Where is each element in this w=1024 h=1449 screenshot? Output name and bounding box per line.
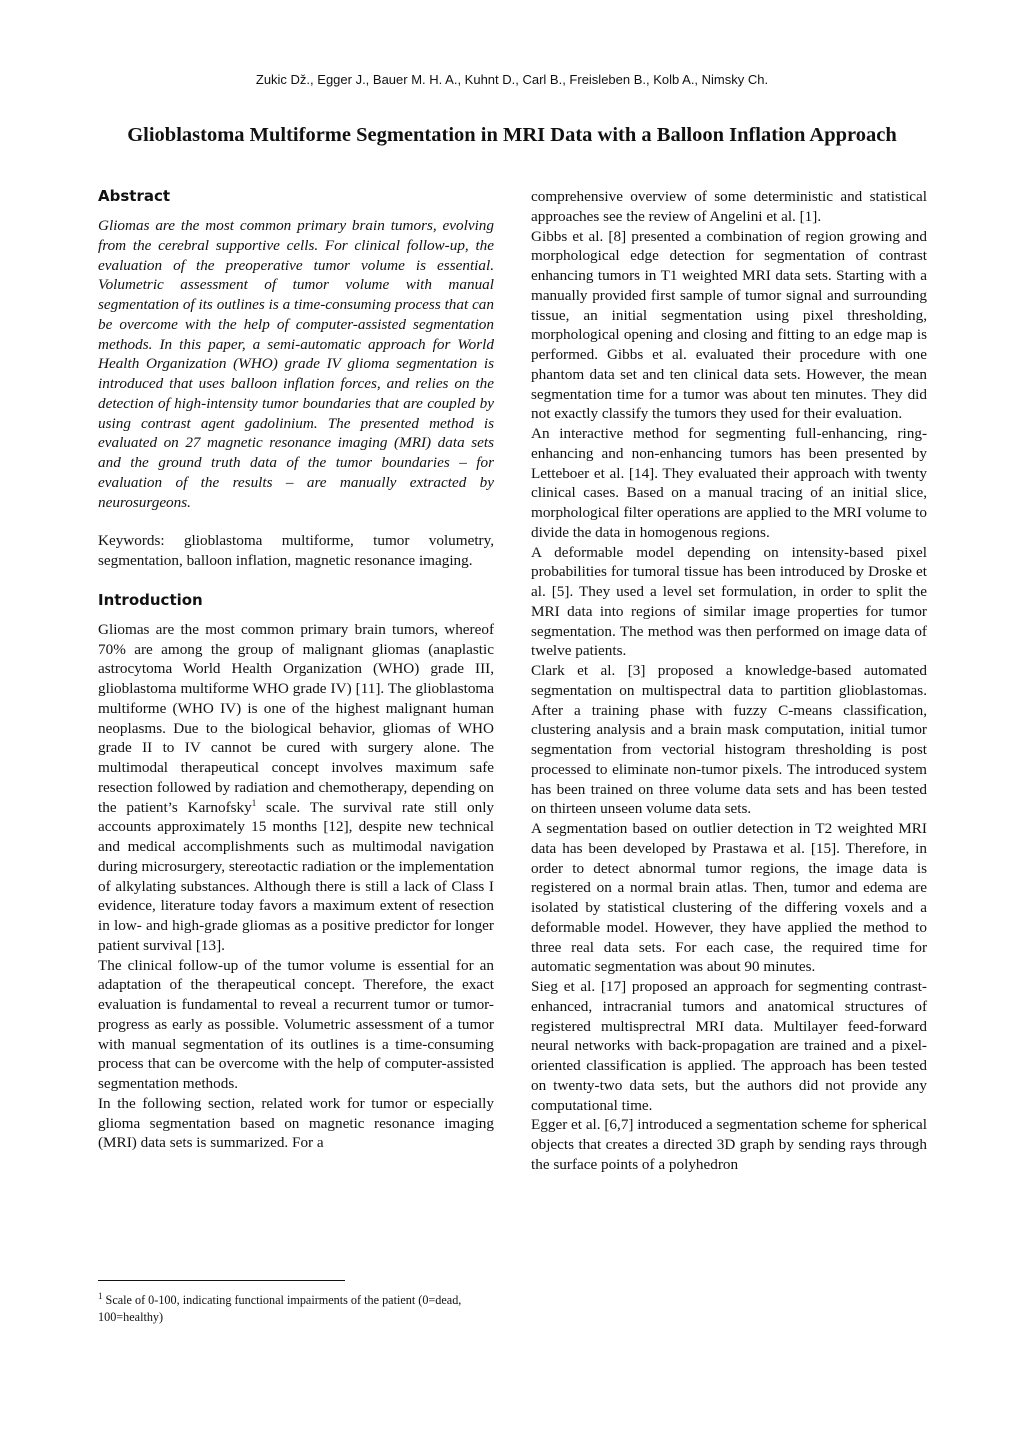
related-work-paragraph: An interactive method for segmenting ful… [531,424,927,543]
spacer [98,512,494,531]
abstract-text: Gliomas are the most common primary brai… [98,216,494,512]
footnote-text: Scale of 0-100, indicating functional im… [98,1293,461,1324]
intro-paragraph-2: The clinical follow-up of the tumor volu… [98,956,494,1094]
related-work-paragraph: Clark et al. [3] proposed a knowledge-ba… [531,661,927,819]
intro-paragraph-3: In the following section, related work f… [98,1094,494,1153]
paper-title: Glioblastoma Multiforme Segmentation in … [0,124,1024,147]
intro-paragraph-1: Gliomas are the most common primary brai… [98,620,494,956]
left-column: Abstract Gliomas are the most common pri… [98,186,494,1153]
author-list: Zukic Dž., Egger J., Bauer M. H. A., Kuh… [0,72,1024,87]
footnote-divider [98,1280,345,1281]
related-work-paragraph: Gibbs et al. [8] presented a combination… [531,227,927,425]
intro-p1-text-cont: scale. The survival rate still only acco… [98,799,494,954]
keywords: Keywords: glioblastoma multiforme, tumor… [98,531,494,571]
introduction-section: Introduction Gliomas are the most common… [98,590,494,1153]
related-work-paragraph: Egger et al. [6,7] introduced a segmenta… [531,1115,927,1174]
footnote: 1 Scale of 0-100, indicating functional … [98,1292,498,1326]
related-work-paragraph: Sieg et al. [17] proposed an approach fo… [531,977,927,1115]
intro-p1-text: Gliomas are the most common primary brai… [98,621,494,816]
right-column: comprehensive overview of some determini… [531,187,927,1175]
related-work-paragraph: A deformable model depending on intensit… [531,543,927,662]
related-work-paragraph: A segmentation based on outlier detectio… [531,819,927,977]
related-work-paragraph: comprehensive overview of some determini… [531,187,927,227]
introduction-heading: Introduction [98,590,494,610]
spacer [98,571,494,590]
abstract-heading: Abstract [98,186,494,206]
abstract-section: Abstract Gliomas are the most common pri… [98,186,494,571]
